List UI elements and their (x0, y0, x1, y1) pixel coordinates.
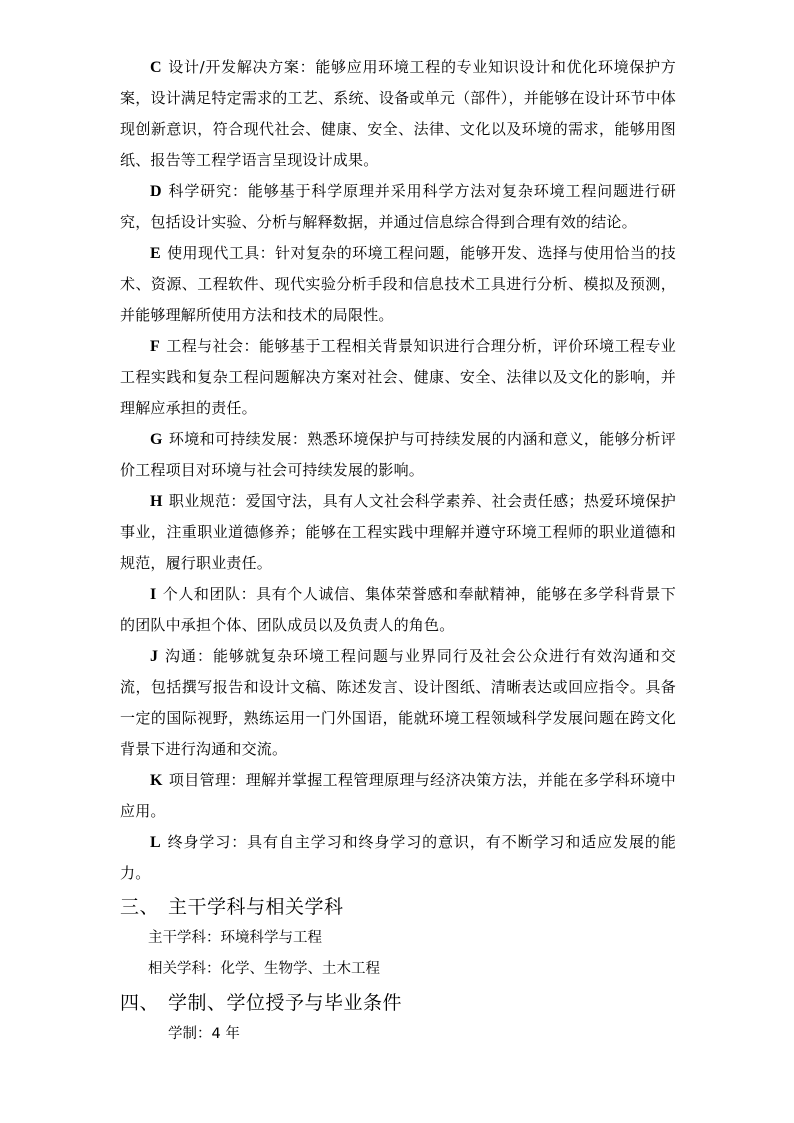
outcome-text: 环境和可持续发展：熟悉环境保护与可持续发展的内涵和意义，能够分析评价工程项目对环… (120, 430, 676, 479)
section-3-heading: 三、 主干学科与相关学科 (120, 891, 676, 923)
outcome-text: 工程与社会：能够基于工程相关背景知识进行合理分析，评价环境工程专业工程实践和复杂… (120, 337, 676, 417)
outcome-key: G (150, 431, 163, 448)
outcome-key: D (150, 183, 162, 200)
outcome-f: F工程与社会：能够基于工程相关背景知识进行合理分析，评价环境工程专业工程实践和复… (120, 331, 676, 424)
outcome-j: J沟通：能够就复杂环境工程问题与业界同行及社会公众进行有效沟通和交流，包括撰写报… (120, 641, 676, 765)
outcome-text: 职业规范：爱国守法，具有人文社会科学素养、社会责任感；热爱环境保护事业，注重职业… (120, 492, 676, 572)
section-title: 主干学科与相关学科 (168, 891, 344, 923)
outcome-key: J (150, 648, 158, 665)
related-disciplines: 相关学科：化学、生物学、土木工程 (120, 954, 676, 985)
outcome-text: 项目管理：理解并掌握工程管理原理与经济决策方法，并能在多学科环境中应用。 (120, 771, 676, 820)
outcome-text: 终身学习：具有自主学习和终身学习的意识，有不断学习和适应发展的能力。 (120, 833, 676, 882)
study-duration: 学制：4 年 (120, 1019, 676, 1050)
section-4-heading: 四、 学制、学位授予与毕业条件 (120, 987, 676, 1019)
outcome-text: 科学研究：能够基于科学原理并采用科学方法对复杂环境工程问题进行研究，包括设计实验… (120, 182, 676, 231)
document-page: C设计/开发解决方案：能够应用环境工程的专业知识设计和优化环境保护方案，设计满足… (120, 52, 676, 1050)
outcome-h: H职业规范：爱国守法，具有人文社会科学素养、社会责任感；热爱环境保护事业，注重职… (120, 486, 676, 579)
outcome-c: C设计/开发解决方案：能够应用环境工程的专业知识设计和优化环境保护方案，设计满足… (120, 52, 676, 176)
outcome-k: K项目管理：理解并掌握工程管理原理与经济决策方法，并能在多学科环境中应用。 (120, 765, 676, 827)
outcome-text: 使用现代工具：针对复杂的环境工程问题，能够开发、选择与使用恰当的技术、资源、工程… (120, 244, 676, 324)
outcome-g: G环境和可持续发展：熟悉环境保护与可持续发展的内涵和意义，能够分析评价工程项目对… (120, 424, 676, 486)
outcome-key: K (150, 772, 163, 789)
outcome-d: D科学研究：能够基于科学原理并采用科学方法对复杂环境工程问题进行研究，包括设计实… (120, 176, 676, 238)
main-discipline: 主干学科：环境科学与工程 (120, 923, 676, 954)
outcome-e: E使用现代工具：针对复杂的环境工程问题，能够开发、选择与使用恰当的技术、资源、工… (120, 238, 676, 331)
outcome-text: 设计/开发解决方案：能够应用环境工程的专业知识设计和优化环境保护方案，设计满足特… (120, 58, 676, 169)
outcome-key: C (150, 59, 162, 76)
outcome-key: H (150, 493, 163, 510)
outcome-key: I (150, 586, 156, 603)
outcome-text: 沟通：能够就复杂环境工程问题与业界同行及社会公众进行有效沟通和交流，包括撰写报告… (120, 647, 676, 758)
outcome-text: 个人和团队：具有个人诚信、集体荣誉感和奉献精神，能够在多学科背景下的团队中承担个… (120, 585, 676, 634)
outcome-key: E (150, 245, 161, 262)
section-title: 学制、学位授予与毕业条件 (168, 987, 402, 1019)
outcome-l: L终身学习：具有自主学习和终身学习的意识，有不断学习和适应发展的能力。 (120, 827, 676, 889)
outcome-key: L (150, 834, 161, 851)
outcome-i: I个人和团队：具有个人诚信、集体荣誉感和奉献精神，能够在多学科背景下的团队中承担… (120, 579, 676, 641)
section-number: 三、 (120, 891, 168, 923)
section-number: 四、 (120, 987, 168, 1019)
outcome-key: F (150, 338, 160, 355)
